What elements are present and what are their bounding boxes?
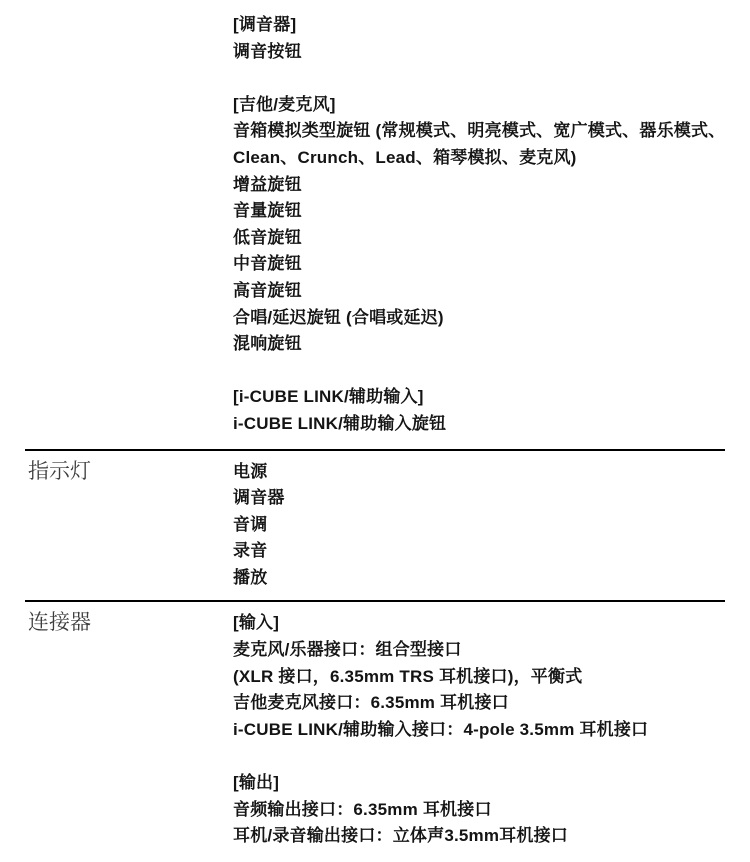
spec-line-tone-indicator: 音调 (233, 512, 725, 539)
spec-line-middle-knob: 中音旋钮 (233, 251, 725, 278)
spec-line-gain-knob: 增益旋钮 (233, 172, 725, 199)
spec-line-mic-instrument-jack: 麦克风/乐器接口：组合型接口 (233, 637, 725, 664)
spec-line-blank (233, 65, 725, 92)
section-content-connectors: [输入] 麦克风/乐器接口：组合型接口 (XLR 接口，6.35mm TRS 耳… (233, 610, 725, 849)
spec-line-mic-instrument-jack-detail: (XLR 接口，6.35mm TRS 耳机接口)，平衡式 (233, 664, 725, 691)
spec-line-input-heading: [输入] (233, 610, 725, 637)
spec-line-amp-type-knob-2: Clean、Crunch、Lead、箱琴模拟、麦克风) (233, 145, 725, 172)
spec-line-icube-link-jack: i-CUBE LINK/辅助输入接口：4-pole 3.5mm 耳机接口 (233, 717, 725, 744)
spec-line-volume-knob: 音量旋钮 (233, 198, 725, 225)
section-label-connectors: 连接器 (25, 610, 233, 849)
spec-line-bass-knob: 低音旋钮 (233, 225, 725, 252)
spec-line-guitar-mic-heading: [吉他/麦克风] (233, 92, 725, 119)
spec-line-icube-link-heading: [i-CUBE LINK/辅助输入] (233, 384, 725, 411)
spec-line-treble-knob: 高音旋钮 (233, 278, 725, 305)
section-content-indicators: 电源 调音器 音调 录音 播放 (233, 459, 725, 592)
spec-line-output-heading: [输出] (233, 770, 725, 797)
spec-line-play-indicator: 播放 (233, 565, 725, 592)
spec-line-amp-type-knob-1: 音箱模拟类型旋钮 (常规模式、明亮模式、宽广模式、器乐模式、 (233, 118, 725, 145)
spec-line-chorus-delay-knob: 合唱/延迟旋钮 (合唱或延迟) (233, 305, 725, 332)
spec-line-blank (233, 358, 725, 385)
spec-line-tuner-button: 调音按钮 (233, 39, 725, 66)
spec-line-guitar-mic-jack: 吉他麦克风接口：6.35mm 耳机接口 (233, 690, 725, 717)
spec-line-reverb-knob: 混响旋钮 (233, 331, 725, 358)
spec-table: [调音器] 调音按钮 [吉他/麦克风] 音箱模拟类型旋钮 (常规模式、明亮模式、… (25, 0, 725, 860)
spec-line-tuner-indicator: 调音器 (233, 485, 725, 512)
spec-line-tuner-heading: [调音器] (233, 12, 725, 39)
spec-line-record-indicator: 录音 (233, 538, 725, 565)
section-content-controls: [调音器] 调音按钮 [吉他/麦克风] 音箱模拟类型旋钮 (常规模式、明亮模式、… (233, 12, 725, 438)
spec-section-indicators: 指示灯 电源 调音器 音调 录音 播放 (25, 449, 725, 601)
spec-line-icube-link-knob: i-CUBE LINK/辅助输入旋钮 (233, 411, 725, 438)
spec-line-phones-rec-output-jack: 耳机/录音输出接口：立体声3.5mm耳机接口 (233, 823, 725, 850)
spec-section-connectors: 连接器 [输入] 麦克风/乐器接口：组合型接口 (XLR 接口，6.35mm T… (25, 600, 725, 859)
section-label-indicators: 指示灯 (25, 459, 233, 592)
spec-line-audio-output-jack: 音频输出接口：6.35mm 耳机接口 (233, 797, 725, 824)
spec-section-controls: [调音器] 调音按钮 [吉他/麦克风] 音箱模拟类型旋钮 (常规模式、明亮模式、… (25, 0, 725, 449)
spec-line-power-indicator: 电源 (233, 459, 725, 486)
spec-line-blank (233, 743, 725, 770)
section-label-controls (25, 12, 233, 438)
